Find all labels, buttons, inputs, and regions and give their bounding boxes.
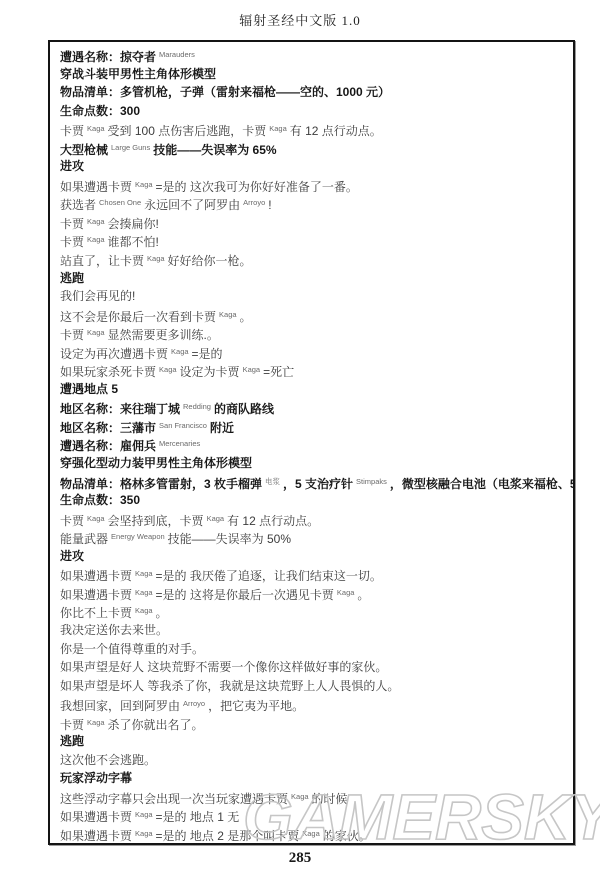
superscript-annotation: Kaga [87, 514, 105, 523]
text-line: 我想回家，回到阿罗由Arroyo，把它夷为平地。 [60, 695, 565, 714]
text-run: 物品清单：多管机枪，子弹（雷射来福枪——空的、1000 元） [60, 85, 390, 99]
text-run: 杀了你就出名了。 [108, 718, 204, 732]
text-run: 地区名称：来往瑞丁城 [60, 402, 180, 416]
text-line: 穿强化型动力装甲男性主角体形模型 [60, 454, 565, 473]
text-line: 如果遭遇卡贾Kaga=是的 地点 1 无 [60, 806, 565, 825]
text-run: =是的 我厌倦了追逐，让我们结束这一切。 [156, 569, 382, 583]
text-run: 卡贾 [60, 235, 84, 249]
text-run: 这些浮动字幕只会出现一次当玩家遭遇卡贾 [60, 792, 288, 806]
text-run: 的家伙。 [323, 829, 371, 843]
text-line: 获选者Chosen One永远回不了阿罗由Arroyo! [60, 194, 565, 213]
text-line: 如果声望是坏人 等我杀了你，我就是这块荒野上人人畏惧的人。 [60, 677, 565, 696]
superscript-annotation: Mercenaries [159, 439, 200, 448]
superscript-annotation: Kaga [87, 217, 105, 226]
text-run: 卡贾 [60, 718, 84, 732]
text-run: 的时候 [312, 792, 348, 806]
document-header-title: 辐射圣经中文版 1.0 [0, 10, 600, 29]
superscript-annotation: 电浆 [265, 477, 280, 486]
text-line: 这些浮动字幕只会出现一次当玩家遭遇卡贾Kaga的时候 [60, 788, 565, 807]
text-run: 我想回家，回到阿罗由 [60, 699, 180, 713]
superscript-annotation: Kaga [171, 347, 189, 356]
text-run: 进攻 [60, 549, 84, 563]
superscript-annotation: Kaga [87, 124, 105, 133]
text-run: 的商队路线 [214, 402, 274, 416]
text-run: 技能——失误率为 65% [153, 143, 276, 157]
text-run: 穿强化型动力装甲男性主角体形模型 [60, 456, 252, 470]
superscript-annotation: Kaga [269, 124, 287, 133]
text-line: 进攻 [60, 547, 565, 566]
text-run: 卡贾 [60, 514, 84, 528]
superscript-annotation: Kaga [159, 365, 177, 374]
text-run: 卡贾 [60, 328, 84, 342]
text-line: 如果遭遇卡贾Kaga=是的 地点 2 是那个叫卡贾Kaga的家伙。 [60, 825, 565, 844]
superscript-annotation: Chosen One [99, 198, 141, 207]
text-run: ! [268, 198, 271, 212]
text-run: 附近 [210, 421, 234, 435]
superscript-annotation: Kaga [87, 328, 105, 337]
page-number: 285 [0, 850, 600, 867]
text-run: 你比不上卡贾 [60, 606, 132, 620]
text-run: ，微型核融合电池（电浆来福枪、5000 元） [390, 477, 575, 491]
text-run: ，5 支治疗针 [283, 477, 353, 491]
text-run: 如果声望是好人 这块荒野不需要一个像你这样做好事的家伙。 [60, 660, 387, 674]
text-line: 物品清单：多管机枪，子弹（雷射来福枪——空的、1000 元） [60, 83, 565, 102]
superscript-annotation: Kaga [243, 365, 261, 374]
superscript-annotation: Kaga [135, 606, 153, 615]
text-run: 生命点数：350 [60, 493, 140, 507]
superscript-annotation: Stimpaks [356, 477, 387, 486]
text-line: 逃跑 [60, 732, 565, 751]
text-run: 生命点数：300 [60, 104, 140, 118]
superscript-annotation: Kaga [219, 310, 237, 319]
text-run: 如果遭遇卡贾 [60, 810, 132, 824]
text-run: =死亡 [263, 365, 294, 379]
text-run: =是的 这将是你最后一次遇见卡贾 [156, 588, 334, 602]
text-line: 这不会是你最后一次看到卡贾Kaga。 [60, 306, 565, 325]
superscript-annotation: Energy Weapon [111, 532, 165, 541]
text-line: 穿战斗装甲男性主角体形模型 [60, 65, 565, 84]
text-run: 如果遭遇卡贾 [60, 180, 132, 194]
text-run: ，把它夷为平地。 [208, 699, 304, 713]
superscript-annotation: Kaga [207, 514, 225, 523]
superscript-annotation: Kaga [135, 569, 153, 578]
superscript-annotation: Redding [183, 402, 211, 411]
superscript-annotation: Kaga [87, 718, 105, 727]
text-run: 如果玩家杀死卡贾 [60, 365, 156, 379]
text-line: 我们会再见的! [60, 287, 565, 306]
text-run: 我们会再见的! [60, 289, 135, 303]
text-line: 我决定送你去来世。 [60, 621, 565, 640]
text-run: 如果遭遇卡贾 [60, 588, 132, 602]
text-line: 这次他不会逃跑。 [60, 751, 565, 770]
text-run: 谁都不怕! [108, 235, 159, 249]
text-run: =是的 地点 1 无 [156, 810, 240, 824]
text-lines-container: 遭遇名称：掠夺者Marauders穿战斗装甲男性主角体形模型物品清单：多管机枪，… [60, 46, 565, 844]
text-line: 如果声望是好人 这块荒野不需要一个像你这样做好事的家伙。 [60, 658, 565, 677]
text-line: 站直了，让卡贾Kaga好好给你一枪。 [60, 250, 565, 269]
text-line: 如果遭遇卡贾Kaga=是的 这将是你最后一次遇见卡贾Kaga。 [60, 584, 565, 603]
text-run: 好好给你一枪。 [168, 254, 252, 268]
text-line: 能量武器Energy Weapon技能——失误率为 50% [60, 528, 565, 547]
text-run: 穿战斗装甲男性主角体形模型 [60, 67, 216, 81]
superscript-annotation: Kaga [147, 254, 165, 263]
text-line: 大型枪械Large Guns技能——失误率为 65% [60, 139, 565, 158]
text-run: 站直了，让卡贾 [60, 254, 144, 268]
text-line: 卡贾Kaga会坚持到底，卡贾Kaga有 12 点行动点。 [60, 510, 565, 529]
text-line: 如果遭遇卡贾Kaga=是的 我厌倦了追逐，让我们结束这一切。 [60, 565, 565, 584]
text-run: 这次他不会逃跑。 [60, 753, 156, 767]
text-line: 生命点数：350 [60, 491, 565, 510]
superscript-annotation: Kaga [135, 810, 153, 819]
text-run: 设定为卡贾 [180, 365, 240, 379]
superscript-annotation: Kaga [291, 792, 309, 801]
text-line: 卡贾Kaga谁都不怕! [60, 231, 565, 250]
text-run: 获选者 [60, 198, 96, 212]
text-run: 逃跑 [60, 271, 84, 285]
text-run: =是的 [192, 347, 223, 361]
bordered-text-box: 遭遇名称：掠夺者Marauders穿战斗装甲男性主角体形模型物品清单：多管机枪，… [48, 40, 575, 845]
text-run: 会揍扁你! [108, 217, 159, 231]
text-run: 遭遇名称：雇佣兵 [60, 439, 156, 453]
text-run: 有 12 点行动点。 [227, 514, 319, 528]
text-line: 卡贾Kaga受到 100 点伤害后逃跑，卡贾Kaga有 12 点行动点。 [60, 120, 565, 139]
text-run: =是的 这次我可为你好好准备了一番。 [156, 180, 358, 194]
superscript-annotation: Arroyo [243, 198, 265, 207]
text-run: 。 [240, 310, 252, 324]
superscript-annotation: Kaga [302, 829, 320, 838]
text-run: 如果声望是坏人 等我杀了你，我就是这块荒野上人人畏惧的人。 [60, 679, 399, 693]
text-line: 地区名称：三藩市San Francisco附近 [60, 417, 565, 436]
text-line: 进攻 [60, 157, 565, 176]
text-run: 遭遇名称：掠夺者 [60, 50, 156, 64]
text-run: 受到 100 点伤害后逃跑，卡贾 [108, 124, 267, 138]
text-run: 卡贾 [60, 217, 84, 231]
superscript-annotation: Large Guns [111, 143, 150, 152]
text-line: 生命点数：300 [60, 102, 565, 121]
superscript-annotation: San Francisco [159, 421, 207, 430]
text-run: 遭遇地点 5 [60, 382, 118, 396]
text-run: 地区名称：三藩市 [60, 421, 156, 435]
text-line: 如果遭遇卡贾Kaga=是的 这次我可为你好好准备了一番。 [60, 176, 565, 195]
superscript-annotation: Kaga [135, 180, 153, 189]
text-line: 玩家浮动字幕 [60, 769, 565, 788]
text-run: 如果遭遇卡贾 [60, 569, 132, 583]
text-line: 遭遇地点 5 [60, 380, 565, 399]
text-run: 有 12 点行动点。 [290, 124, 382, 138]
text-line: 遭遇名称：掠夺者Marauders [60, 46, 565, 65]
text-line: 卡贾Kaga杀了你就出名了。 [60, 714, 565, 733]
superscript-annotation: Kaga [87, 235, 105, 244]
text-line: 卡贾Kaga显然需要更多训练.。 [60, 324, 565, 343]
text-run: 卡贾 [60, 124, 84, 138]
superscript-annotation: Kaga [135, 829, 153, 838]
text-line: 如果玩家杀死卡贾Kaga设定为卡贾Kaga=死亡 [60, 361, 565, 380]
text-run: 设定为再次遭遇卡贾 [60, 347, 168, 361]
text-line: 设定为再次遭遇卡贾Kaga=是的 [60, 343, 565, 362]
text-run: 技能——失误率为 50% [168, 532, 291, 546]
superscript-annotation: Kaga [337, 588, 355, 597]
text-run: 这不会是你最后一次看到卡贾 [60, 310, 216, 324]
text-run: 进攻 [60, 159, 84, 173]
text-run: 如果遭遇卡贾 [60, 829, 132, 843]
text-run: 物品清单：格林多管雷射，3 枚手榴弹 [60, 477, 262, 491]
text-run: 玩家浮动字幕 [60, 771, 132, 785]
text-line: 逃跑 [60, 269, 565, 288]
text-line: 卡贾Kaga会揍扁你! [60, 213, 565, 232]
text-run: 逃跑 [60, 734, 84, 748]
text-run: 我决定送你去来世。 [60, 623, 168, 637]
text-line: 你是一个值得尊重的对手。 [60, 640, 565, 659]
text-run: =是的 地点 2 是那个叫卡贾 [156, 829, 300, 843]
text-run: 能量武器 [60, 532, 108, 546]
text-run: 大型枪械 [60, 143, 108, 157]
text-line: 遭遇名称：雇佣兵Mercenaries [60, 435, 565, 454]
text-run: 显然需要更多训练.。 [108, 328, 219, 342]
superscript-annotation: Arroyo [183, 699, 205, 708]
text-line: 你比不上卡贾Kaga。 [60, 602, 565, 621]
text-line: 物品清单：格林多管雷射，3 枚手榴弹电浆，5 支治疗针Stimpaks，微型核融… [60, 473, 565, 492]
text-run: 。 [156, 606, 168, 620]
text-run: 会坚持到底，卡贾 [108, 514, 204, 528]
text-run: 。 [357, 588, 369, 602]
text-run: 永远回不了阿罗由 [144, 198, 240, 212]
superscript-annotation: Marauders [159, 50, 195, 59]
superscript-annotation: Kaga [135, 588, 153, 597]
text-line: 地区名称：来往瑞丁城Redding的商队路线 [60, 398, 565, 417]
text-run: 你是一个值得尊重的对手。 [60, 642, 204, 656]
